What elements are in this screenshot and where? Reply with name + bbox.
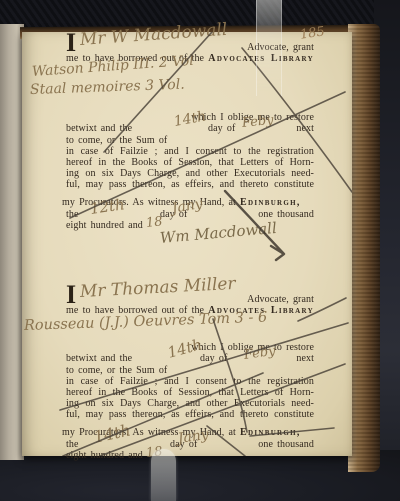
book-entry-1b: Staal memoires 3 Vol. <box>30 77 185 98</box>
facing-page-edge <box>0 24 24 460</box>
advocate-grant-2: Advocate, grant <box>192 294 314 305</box>
body-line-2b: hereof in the Books of Session, that Let… <box>66 387 314 398</box>
procurators-text-1: my Procurators. As witness my Hand, at <box>62 197 236 208</box>
page-holder-strip-bottom <box>151 449 176 501</box>
page-number: 185 <box>299 24 326 42</box>
day-of-1: day of <box>208 123 235 134</box>
book-entry-2a: Rousseau (J.J.) Oeuvres Tom 3 - 6 <box>24 310 268 334</box>
body-line-1a: in case of Failzie ; and I consent to th… <box>66 146 314 157</box>
edinburgh-2: Edinburgh, <box>240 427 301 438</box>
one-thousand-1: one thousand <box>258 209 314 220</box>
body-line-2d: ful, may pass thereon, as effeirs, and t… <box>66 409 314 420</box>
body-line-2c: ing on six Days Charge, and other Execut… <box>66 398 314 409</box>
betwixt-text-1: betwixt and the <box>66 123 132 134</box>
the-word-1: the <box>66 209 79 220</box>
next-word-1: next <box>296 123 314 134</box>
body-line-1c: ing on six Days Charge, and other Execut… <box>66 168 314 179</box>
book-fore-edge <box>348 24 380 472</box>
photo-scene: 185 I Mr W Macdowall Advocate, grant me … <box>0 0 400 501</box>
body-line-1b: hereof in the Books of Session, that Let… <box>66 157 314 168</box>
day-of-2: day of <box>200 353 227 364</box>
edinburgh-1: Edinburgh, <box>240 197 301 208</box>
body-line-1d: ful, may pass thereon, as effeirs, and t… <box>66 179 314 190</box>
register-page: 185 I Mr W Macdowall Advocate, grant me … <box>22 32 352 456</box>
betwixt-text-2: betwixt and the <box>66 353 132 364</box>
one-thousand-2: one thousand <box>258 439 314 450</box>
advocate-grant-1: Advocate, grant <box>192 42 314 53</box>
drop-cap-1: I <box>66 32 76 54</box>
to-come-line-1: to come, or the Sum of <box>66 135 314 146</box>
body-line-2a: in case of Failzie ; and I consent to th… <box>66 376 314 387</box>
drop-cap-2: I <box>66 284 76 306</box>
page-holder-strip-top <box>256 0 282 96</box>
year-line-2: eight hundred and <box>66 450 314 461</box>
next-word-2: next <box>296 353 314 364</box>
procurators-text-2: my Procurators. As witness my Hand, at <box>62 427 236 438</box>
to-come-line-2: to come, or the Sum of <box>66 365 314 376</box>
the-word-2: the <box>66 439 79 450</box>
